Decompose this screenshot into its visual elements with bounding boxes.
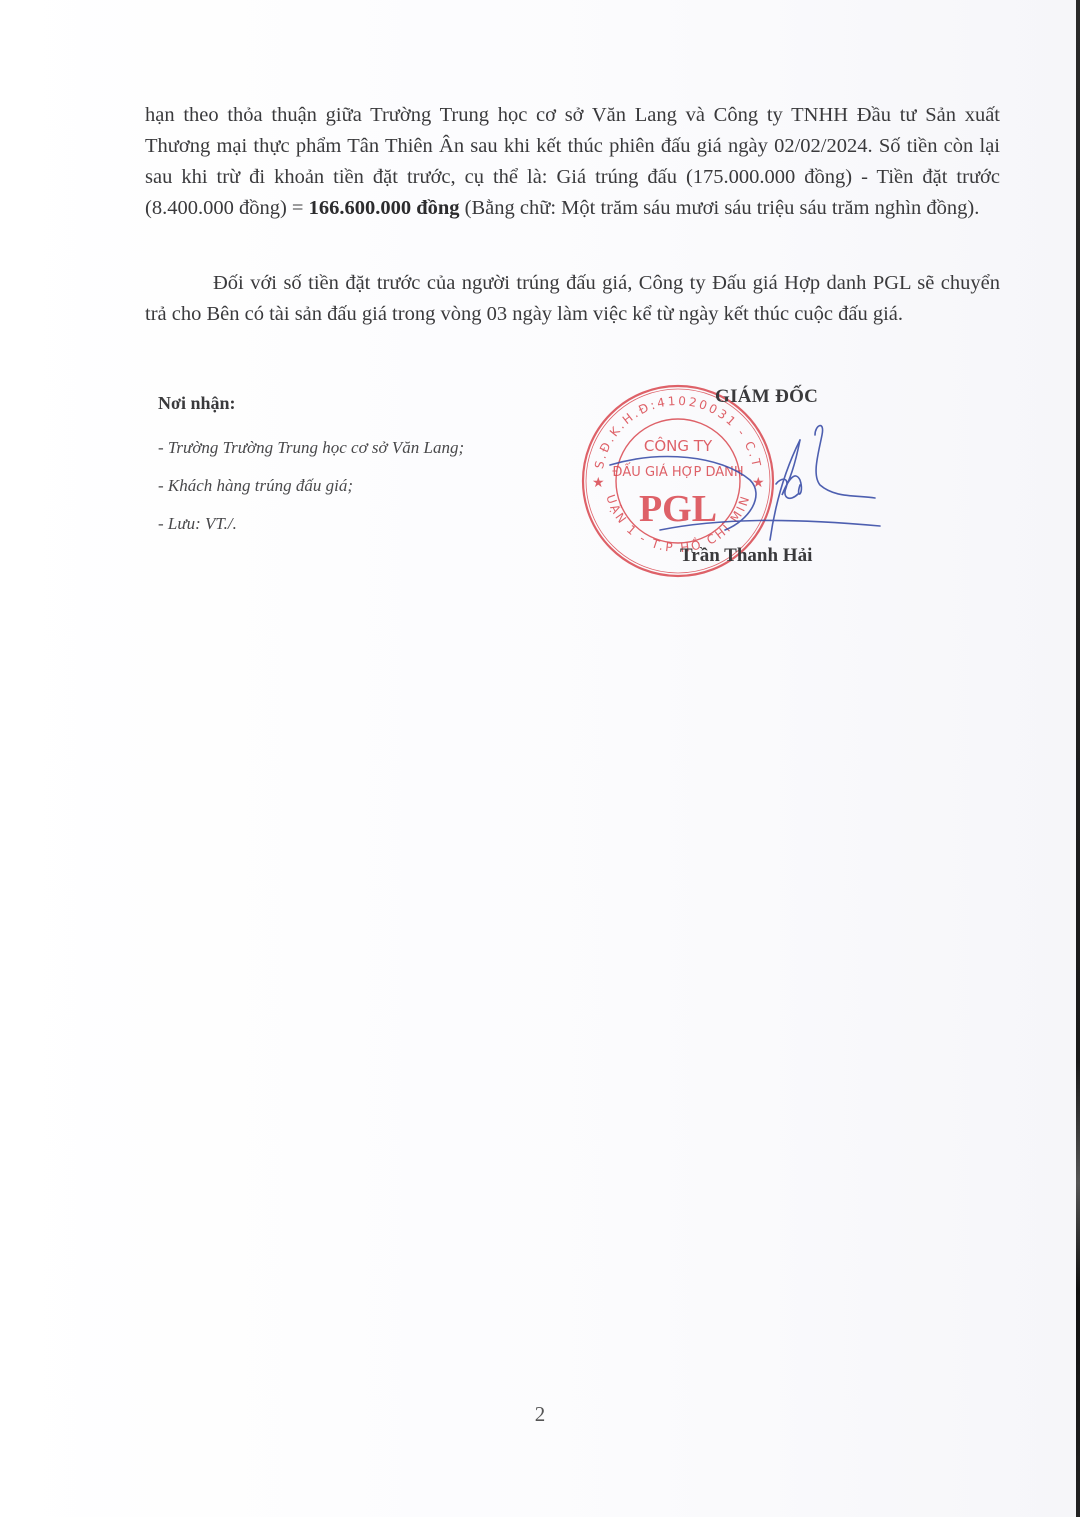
remaining-amount: 166.600.000 đồng (309, 197, 460, 219)
signatory-role: GIÁM ĐỐC (715, 386, 818, 408)
paragraph-text-after-amount: (Bằng chữ: Một trăm sáu mươi sáu triệu s… (460, 197, 980, 219)
paragraph-deposit-refund: Đối với số tiền đặt trước của người trún… (145, 268, 1000, 330)
recipient-item: - Trường Trường Trung học cơ sở Văn Lang… (158, 429, 464, 467)
paragraph-deposit-refund-text: Đối với số tiền đặt trước của người trún… (145, 268, 1000, 330)
recipient-item: - Khách hàng trúng đấu giá; (158, 467, 464, 505)
paragraph-payment-details: hạn theo thỏa thuận giữa Trường Trung họ… (145, 100, 1000, 224)
recipients-title: Nơi nhận: (158, 393, 464, 414)
signature-block: S.Đ.K.H.Đ:41020031 - C.T QUẬN 1 - T.P HỒ… (560, 380, 880, 590)
scan-edge-shadow (1076, 0, 1080, 1517)
handwritten-signature-icon (600, 410, 890, 560)
document-page: hạn theo thỏa thuận giữa Trường Trung họ… (0, 0, 1080, 1517)
page-number: 2 (0, 1402, 1080, 1427)
recipient-item: - Lưu: VT./. (158, 505, 464, 543)
signatory-name: Trần Thanh Hải (680, 545, 812, 567)
recipients-block: Nơi nhận: - Trường Trường Trung học cơ s… (158, 393, 464, 543)
